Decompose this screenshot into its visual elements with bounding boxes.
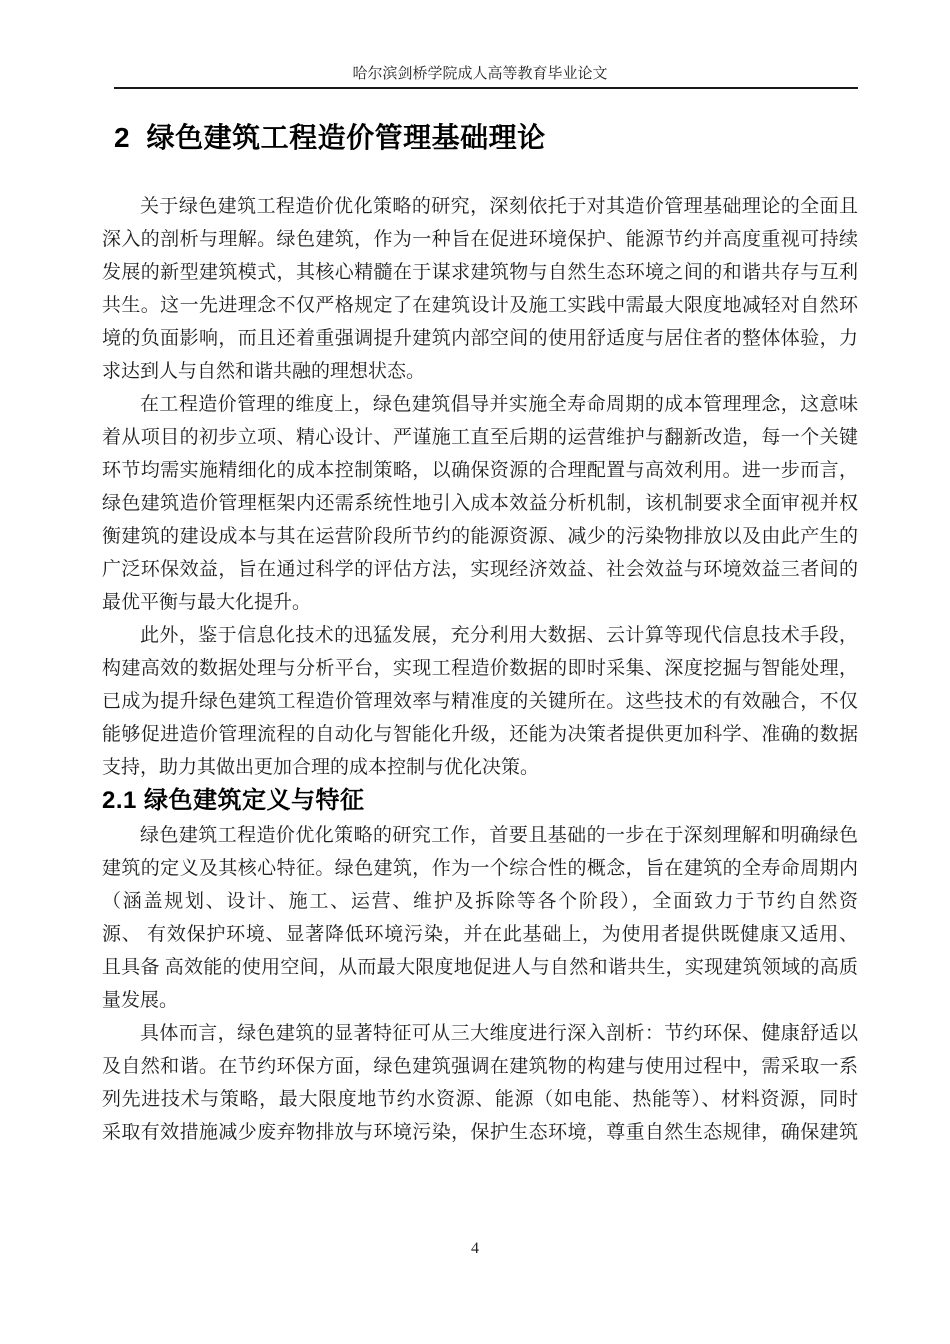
text-line: 最优平衡与最大化提升。 — [102, 586, 858, 619]
paragraph: 绿色建筑工程造价优化策略的研究工作，首要且基础的一步在于深刻理解和明确绿色建筑的… — [102, 819, 858, 1017]
text-line: 着从项目的初步立项、精心设计、严谨施工直至后期的运营维护与翻新改造，每一个关键 — [102, 421, 858, 454]
running-header-title: 哈尔滨剑桥学院成人高等教育毕业论文 — [102, 64, 858, 84]
chapter-heading: 2 绿色建筑工程造价管理基础理论 — [102, 120, 858, 156]
text-line: 且具备 高效能的使用空间，从而最大限度地促进人与自然和谐共生，实现建筑领域的高质 — [102, 951, 858, 984]
text-line: 共生。这一先进理念不仅严格规定了在建筑设计及施工实践中需最大限度地减轻对自然环 — [102, 289, 858, 322]
text-line: 绿色建筑工程造价优化策略的研究工作，首要且基础的一步在于深刻理解和明确绿色 — [102, 819, 858, 852]
page-header: 哈尔滨剑桥学院成人高等教育毕业论文 — [102, 64, 858, 89]
text-line: 衡建筑的建设成本与其在运营阶段所节约的能源资源、减少的污染物排放以及由此产生的 — [102, 520, 858, 553]
text-line: 发展的新型建筑模式，其核心精髓在于谋求建筑物与自然生态环境之间的和谐共存与互利 — [102, 256, 858, 289]
text-line: （涵盖规划、设计、施工、运营、维护及拆除等各个阶段），全面致力于节约自然资 — [102, 885, 858, 918]
page-number: 4 — [471, 1240, 479, 1257]
paragraph: 在工程造价管理的维度上，绿色建筑倡导并实施全寿命周期的成本管理理念，这意味着从项… — [102, 388, 858, 619]
paragraph: 具体而言，绿色建筑的显著特征可从三大维度进行深入剖析：节约环保、健康舒适以及自然… — [102, 1017, 858, 1149]
text-line: 绿色建筑造价管理框架内还需系统性地引入成本效益分析机制，该机制要求全面审视并权 — [102, 487, 858, 520]
text-line: 支持，助力其做出更加合理的成本控制与优化决策。 — [102, 751, 858, 784]
text-line: 构建高效的数据处理与分析平台，实现工程造价数据的即时采集、深度挖掘与智能处理， — [102, 652, 858, 685]
text-line: 具体而言，绿色建筑的显著特征可从三大维度进行深入剖析：节约环保、健康舒适以 — [102, 1017, 858, 1050]
text-line: 及自然和谐。在节约环保方面，绿色建筑强调在建筑物的构建与使用过程中，需采取一系 — [102, 1050, 858, 1083]
text-line: 广泛环保效益，旨在通过科学的评估方法，实现经济效益、社会效益与环境效益三者间的 — [102, 553, 858, 586]
text-line: 量发展。 — [102, 984, 858, 1017]
document-body: 关于绿色建筑工程造价优化策略的研究，深刻依托于对其造价管理基础理论的全面且深入的… — [102, 190, 858, 1149]
header-divider — [114, 87, 858, 89]
section-heading: 2.1 绿色建筑定义与特征 — [102, 786, 858, 816]
page-footer: 4 — [0, 1240, 950, 1258]
text-line: 已成为提升绿色建筑工程造价管理效率与精准度的关键所在。这些技术的有效融合，不仅 — [102, 685, 858, 718]
text-line: 源、 有效保护环境、显著降低环境污染，并在此基础上，为使用者提供既健康又适用、 — [102, 918, 858, 951]
document-page: 哈尔滨剑桥学院成人高等教育毕业论文 2 绿色建筑工程造价管理基础理论 关于绿色建… — [0, 0, 950, 1344]
text-line: 建筑的定义及其核心特征。绿色建筑，作为一个综合性的概念，旨在建筑的全寿命周期内 — [102, 852, 858, 885]
text-line: 采取有效措施减少废弃物排放与环境污染，保护生态环境，尊重自然生态规律，确保建筑 — [102, 1116, 858, 1149]
paragraph: 此外，鉴于信息化技术的迅猛发展，充分利用大数据、云计算等现代信息技术手段，构建高… — [102, 619, 858, 784]
text-line: 关于绿色建筑工程造价优化策略的研究，深刻依托于对其造价管理基础理论的全面且 — [102, 190, 858, 223]
text-line: 列先进技术与策略，最大限度地节约水资源、能源（如电能、热能等）、材料资源，同时 — [102, 1083, 858, 1116]
text-line: 在工程造价管理的维度上，绿色建筑倡导并实施全寿命周期的成本管理理念，这意味 — [102, 388, 858, 421]
text-line: 境的负面影响，而且还着重强调提升建筑内部空间的使用舒适度与居住者的整体体验，力 — [102, 322, 858, 355]
text-line: 能够促进造价管理流程的自动化与智能化升级，还能为决策者提供更加科学、准确的数据 — [102, 718, 858, 751]
text-line: 求达到人与自然和谐共融的理想状态。 — [102, 355, 858, 388]
paragraph: 关于绿色建筑工程造价优化策略的研究，深刻依托于对其造价管理基础理论的全面且深入的… — [102, 190, 858, 388]
text-line: 此外，鉴于信息化技术的迅猛发展，充分利用大数据、云计算等现代信息技术手段， — [102, 619, 858, 652]
text-line: 深入的剖析与理解。绿色建筑，作为一种旨在促进环境保护、能源节约并高度重视可持续 — [102, 223, 858, 256]
text-line: 环节均需实施精细化的成本控制策略，以确保资源的合理配置与高效利用。进一步而言， — [102, 454, 858, 487]
